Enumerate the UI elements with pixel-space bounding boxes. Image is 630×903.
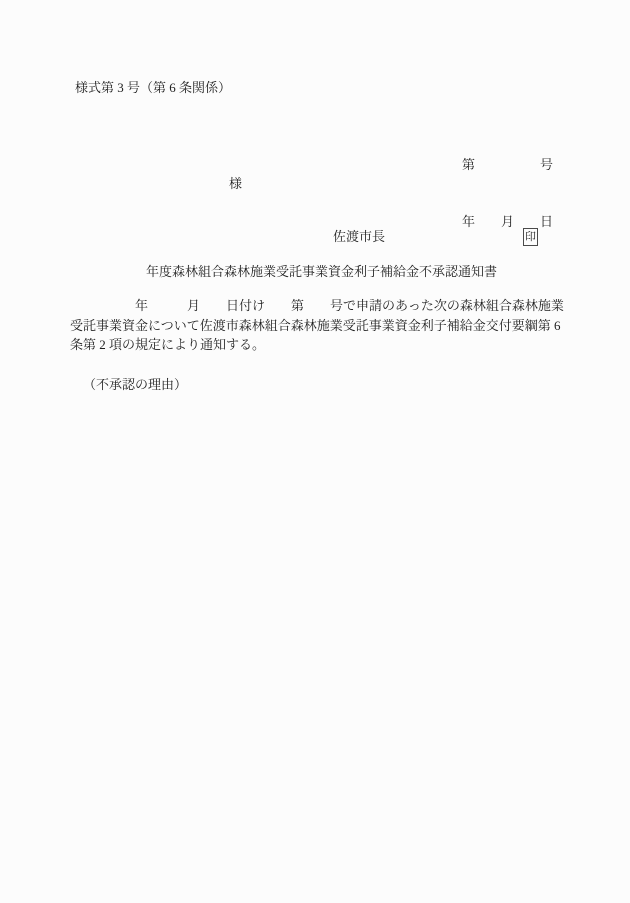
- sender-name: 佐渡市長: [333, 230, 385, 243]
- body-line-2: 受託事業資金について佐渡市森林組合森林施業受託事業資金利子補給金交付要綱第 6: [70, 316, 575, 336]
- disapproval-reason-label: （不承認の理由）: [83, 378, 187, 391]
- body-line-3: 条第 2 項の規定により通知する。: [70, 335, 575, 355]
- doc-number-line: 第 号: [462, 155, 553, 174]
- form-number: 様式第 3 号（第 6 条関係）: [75, 81, 231, 94]
- body-paragraph: 年 月 日付け 第 号で申請のあった次の森林組合森林施業 受託事業資金について佐…: [70, 296, 575, 355]
- doc-number-date-block: 第 号 年 月 日: [462, 117, 553, 269]
- recipient-honorific: 様: [229, 177, 242, 190]
- document-page: 様式第 3 号（第 6 条関係） 第 号 年 月 日 様 佐渡市長 印 年度森林…: [0, 0, 630, 903]
- seal-box: 印: [523, 228, 538, 246]
- date-line: 年 月 日: [462, 212, 553, 231]
- document-title: 年度森林組合森林施業受託事業資金利子補給金不承認通知書: [146, 265, 497, 278]
- body-line-1: 年 月 日付け 第 号で申請のあった次の森林組合森林施業: [70, 296, 575, 316]
